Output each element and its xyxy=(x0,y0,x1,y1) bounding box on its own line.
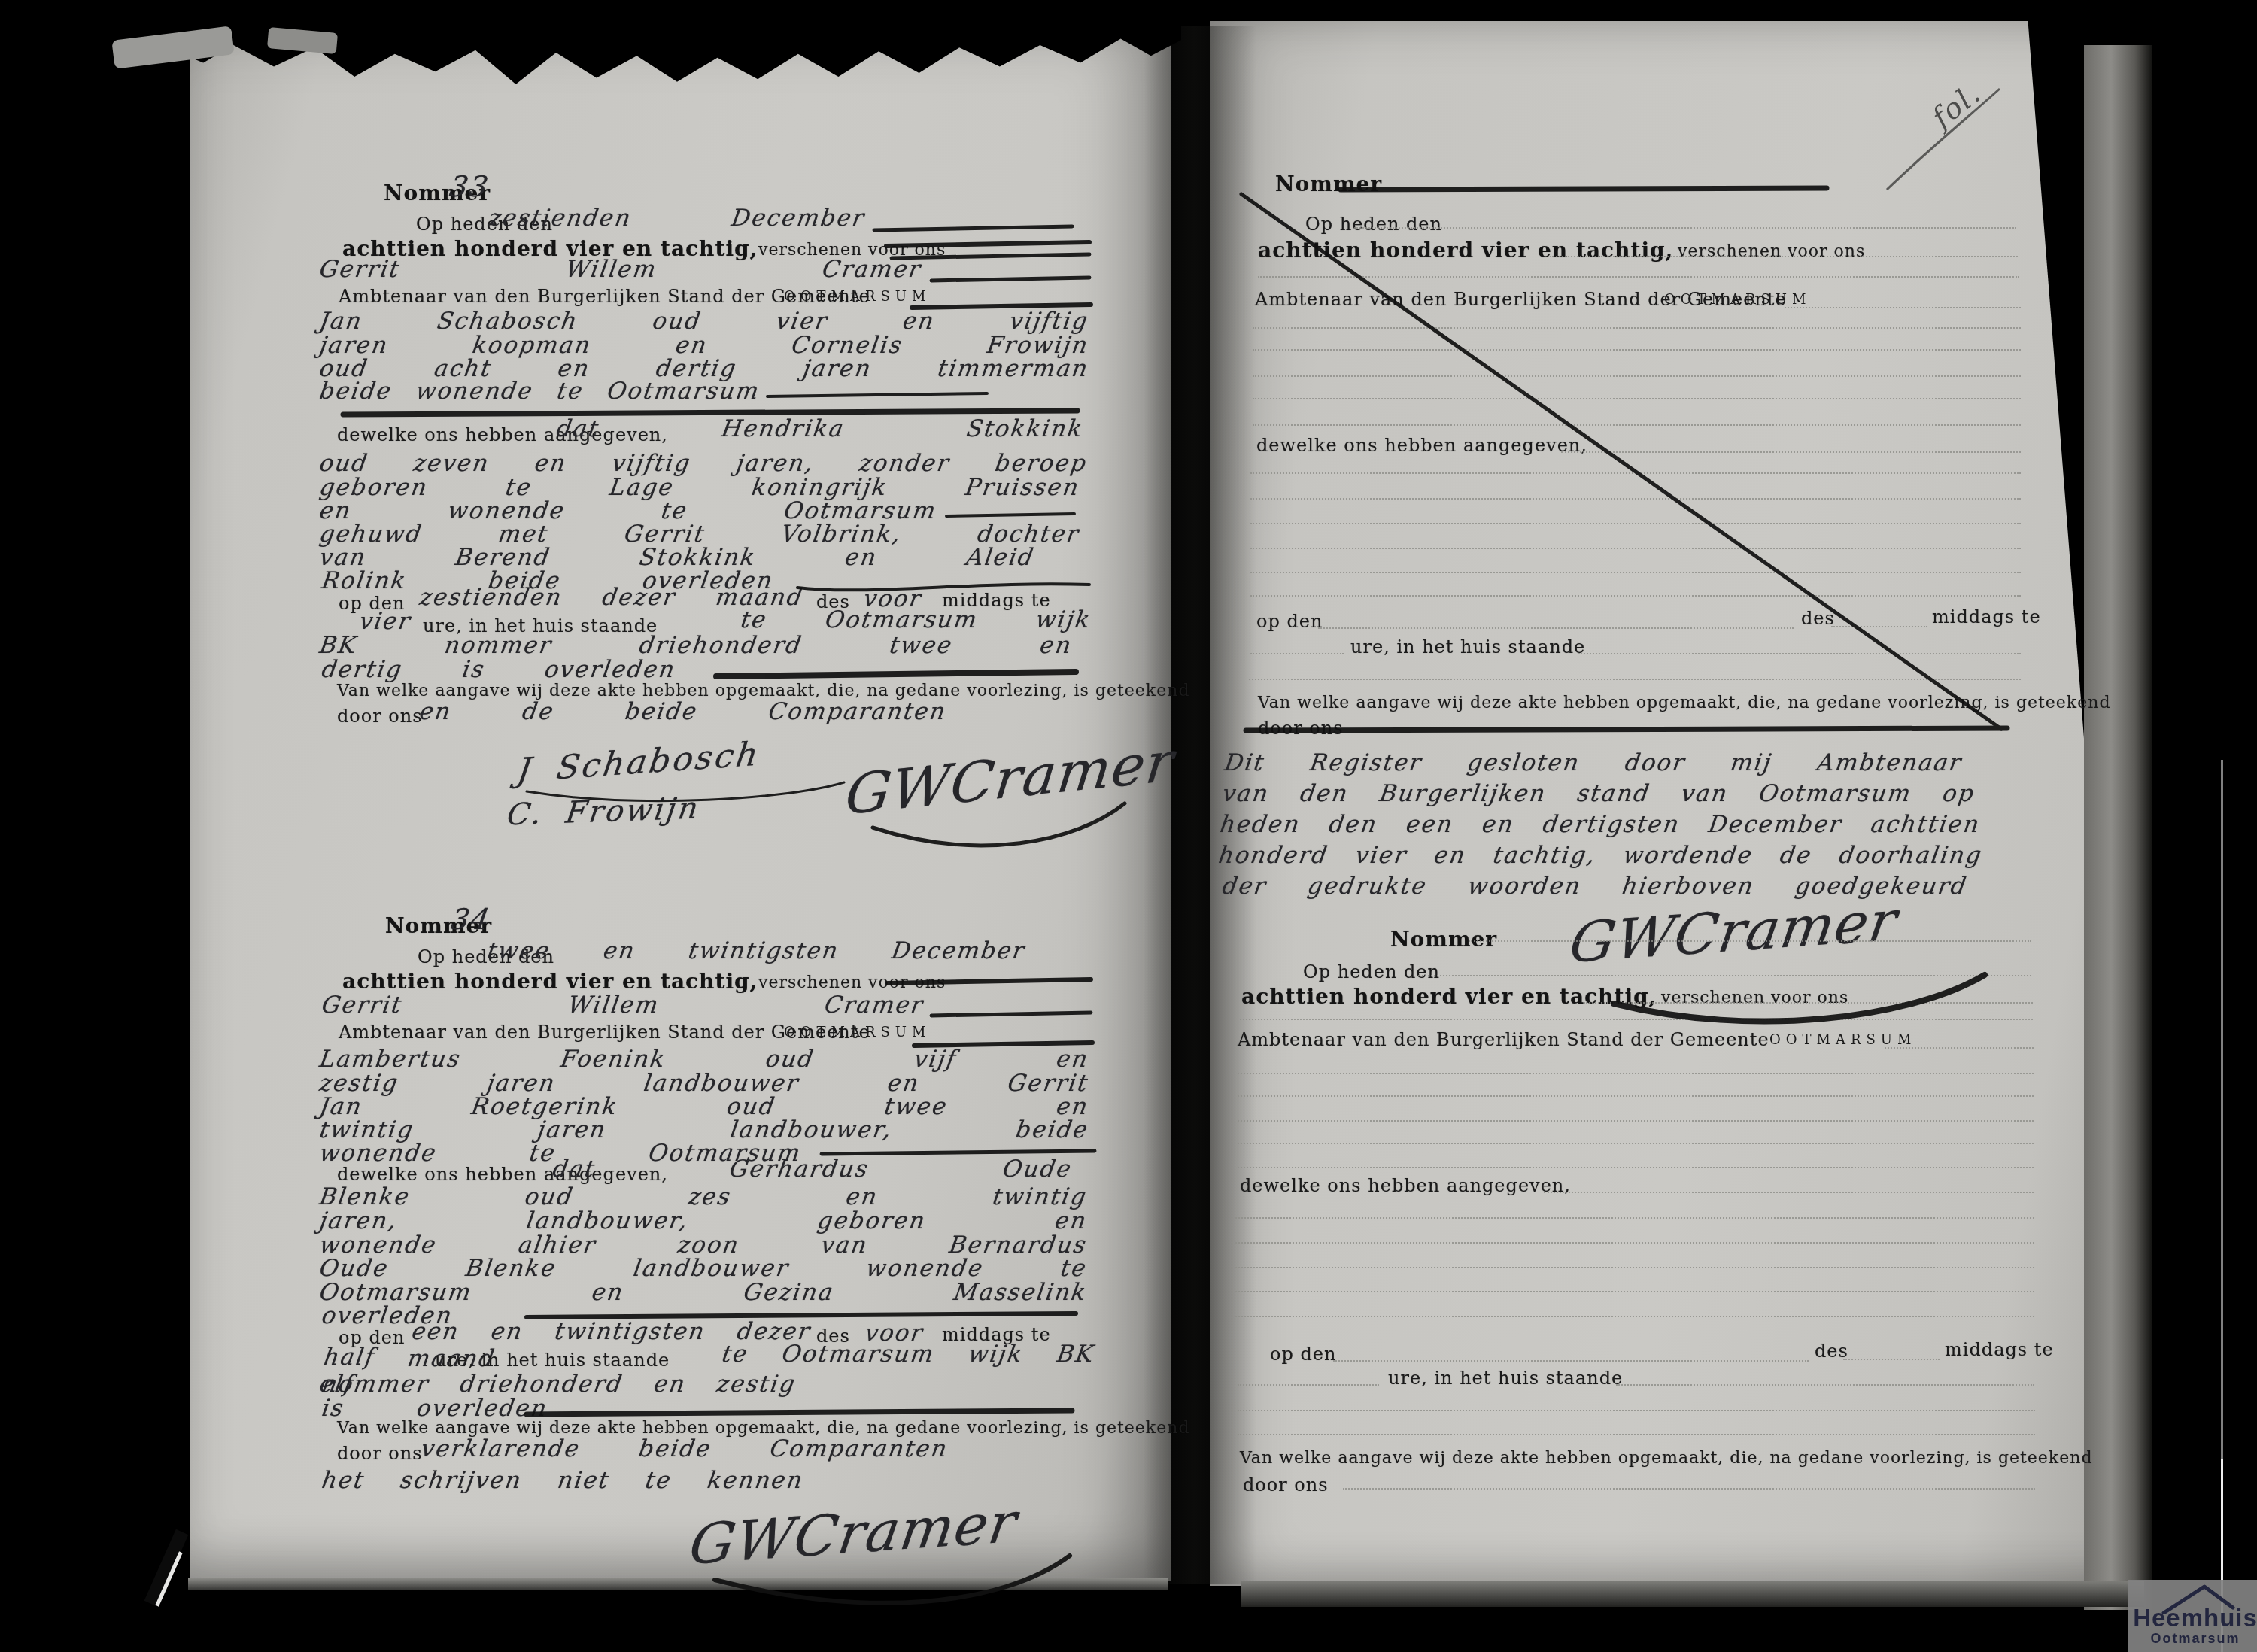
dotted-line xyxy=(1616,1384,2034,1386)
act33-declarant-line: Jan Schabosch oud vier en vijftig xyxy=(317,308,1091,335)
dotted-line xyxy=(1238,1410,2035,1411)
act34-door-ons-label: door ons xyxy=(337,1443,423,1464)
act34-deceased-line: jaren, landbouwer, geboren en xyxy=(317,1207,1089,1234)
act34-date: twee en twintigsten December xyxy=(485,937,1028,964)
act34-house-line: nommer driehonderd en zestig xyxy=(320,1371,798,1398)
page-edge-bottom-left xyxy=(188,1578,1168,1590)
page-edge-bottom-right xyxy=(1241,1581,2144,1607)
dotted-line xyxy=(1578,653,2021,654)
dotted-line xyxy=(1253,375,2021,377)
act33-signed-note: en de beide Comparanten xyxy=(418,698,949,725)
act34-deceased-line: Oude Blenke landbouwer wonende te xyxy=(317,1255,1089,1282)
act33-official: Gerrit Willem Cramer xyxy=(317,256,924,283)
act34-house-line: is overleden xyxy=(320,1395,550,1422)
form1-verschenen-label: verschenen voor ons xyxy=(1678,242,1865,261)
dotted-line xyxy=(1235,1316,2034,1317)
form1-op-den-label: op den xyxy=(1256,611,1323,632)
dotted-line xyxy=(1238,1120,2034,1122)
form2-op-den-label: op den xyxy=(1270,1344,1336,1365)
dotted-line xyxy=(1238,1095,2034,1097)
form2-verschenen-label: verschenen voor ons xyxy=(1661,988,1848,1007)
form2-van-welke-label: Van welke aangave wij deze akte hebben o… xyxy=(1240,1449,2092,1468)
act33-house-line: BK nommer driehonderd twee en xyxy=(317,632,1074,659)
dotted-line xyxy=(1250,472,2021,474)
closing-line: Dit Register gesloten door mij Ambtenaar xyxy=(1223,749,1964,776)
dotted-line xyxy=(1250,572,2021,573)
act34-gemeente: OOTMARSUM xyxy=(784,1025,931,1040)
form2-ure-label: ure, in het huis staande xyxy=(1388,1368,1623,1389)
form1-ure-label: ure, in het huis staande xyxy=(1350,636,1585,657)
dotted-line xyxy=(1235,1217,2034,1219)
dotted-line xyxy=(1418,975,2031,976)
act34-official: Gerrit Willem Cramer xyxy=(320,992,926,1019)
act33-hour: vier xyxy=(357,608,413,635)
dotted-line xyxy=(1831,626,1927,627)
form1-middags-label: middags te xyxy=(1932,606,2041,627)
dotted-line xyxy=(1584,1002,2033,1004)
act34-number: 34 xyxy=(449,903,494,936)
dotted-line xyxy=(1354,227,2016,229)
dotted-line xyxy=(1544,1192,2034,1193)
form1-op-heden-label: Op heden den xyxy=(1305,214,1442,235)
form2-op-heden-label: Op heden den xyxy=(1303,961,1440,982)
form2-gemeente: OOTMARSUM xyxy=(1769,1032,1916,1048)
form2-nommer-label: Nommer xyxy=(1390,927,1497,952)
dotted-line xyxy=(1238,1384,1379,1386)
form1-des-label: des xyxy=(1801,608,1835,629)
dotted-line xyxy=(1318,627,1794,629)
dotted-line xyxy=(1843,1359,1940,1360)
act34-deceased-line: Blenke oud zes en twintig xyxy=(317,1183,1089,1210)
dotted-line xyxy=(1238,1073,2034,1074)
act33-deceased-line: oud zeven en vijftig jaren, zonder beroe… xyxy=(317,450,1089,477)
form1-dewelke-label: dewelke ons hebben aangegeven, xyxy=(1256,435,1587,456)
dotted-line xyxy=(1235,1291,2034,1292)
form2-door-ons-label: door ons xyxy=(1243,1474,1329,1496)
act34-verschenen-label: verschenen voor ons xyxy=(758,973,946,992)
dotted-line xyxy=(1238,1143,2034,1144)
dotted-line xyxy=(1469,940,2031,942)
act33-house-line: te Ootmarsum wijk xyxy=(739,606,1093,633)
act34-house-line: te Ootmarsum wijk BK xyxy=(720,1341,1097,1368)
form1-gemeente: OOTMARSUM xyxy=(1664,292,1811,308)
dotted-line xyxy=(1333,1360,1809,1362)
act33-declarant-line: beide wonende te Ootmarsum xyxy=(317,378,762,405)
dotted-line xyxy=(1253,398,2021,399)
dotted-line xyxy=(1253,424,2021,426)
closing-line: heden den een en dertigsten December ach… xyxy=(1218,811,1982,838)
form2-ambtenaar-label: Ambtenaar van den Burgerlijken Stand der… xyxy=(1238,1029,1769,1050)
act33-signature-frowijn: C. Frowijn xyxy=(505,791,703,833)
act33-date: zestienden December xyxy=(487,205,867,232)
form2-dewelke-label: dewelke ons hebben aangegeven, xyxy=(1240,1175,1571,1196)
dotted-line xyxy=(1235,1242,2034,1244)
dotted-line xyxy=(1250,523,2021,524)
book-page-stack-left xyxy=(66,32,198,1583)
dotted-line xyxy=(1235,1267,2034,1268)
dotted-line xyxy=(1250,548,2021,549)
form1-achttien-label: achttien honderd vier en tachtig, xyxy=(1258,238,1673,263)
book-page-stack-right xyxy=(2084,45,2152,1610)
form2-achttien-label: achttien honderd vier en tachtig, xyxy=(1241,984,1657,1009)
dotted-line xyxy=(1258,276,2019,278)
act33-gemeente: OOTMARSUM xyxy=(784,289,931,305)
act33-deceased-intro: dat Hendrika Stokkink xyxy=(554,415,1086,442)
act34-achttien-label: achttien honderd vier en tachtig, xyxy=(342,969,758,994)
closing-line: honderd vier en tachtig, wordende de doo… xyxy=(1217,842,1985,869)
roof-icon xyxy=(2161,1583,2236,1614)
dotted-line xyxy=(1343,1488,2035,1490)
form2-middags-label: middags te xyxy=(1945,1339,2054,1360)
dotted-line xyxy=(1885,1047,2034,1049)
dotted-line xyxy=(1250,498,2021,500)
act34-declarant-line: Lambertus Foenink oud vijf en xyxy=(317,1046,1091,1073)
watermark-subtitle: Ootmarsum xyxy=(2150,1630,2240,1647)
dotted-line xyxy=(1250,595,2021,597)
form1-nommer-label: Nommer xyxy=(1275,172,1382,196)
dotted-line xyxy=(1561,451,2021,453)
dotted-line xyxy=(1249,679,2021,680)
act34-ure-label: ure, in het huis staande xyxy=(435,1350,670,1371)
register-scan: Nommer 33 Op heden den zestienden Decemb… xyxy=(0,0,2257,1652)
heemhuis-watermark: Heemhuis Ootmarsum xyxy=(2128,1580,2257,1652)
dotted-line xyxy=(1238,1434,2035,1435)
act33-door-ons-label: door ons xyxy=(337,706,423,727)
dotted-line xyxy=(1250,653,1344,654)
dotted-line xyxy=(1240,1019,2033,1020)
dotted-line xyxy=(1253,349,2021,351)
act34-deceased-intro: dat Gerhardus Oude xyxy=(551,1155,1074,1183)
act33-number: 33 xyxy=(448,170,492,203)
form1-van-welke-label: Van welke aangave wij deze akte hebben o… xyxy=(1258,694,2110,712)
form1-door-ons-label: door ons xyxy=(1258,718,1344,739)
dotted-line xyxy=(1253,327,2021,329)
closing-line: van den Burgerlijken stand van Ootmarsum… xyxy=(1220,780,1977,807)
dotted-line xyxy=(1238,1167,2034,1168)
act34-signed-note: verklarende beide Comparanten xyxy=(419,1435,950,1462)
act33-house-line: dertig is overleden xyxy=(320,656,678,683)
dotted-line xyxy=(1550,256,2018,257)
act34-signed-note2: het schrijven niet te kennen xyxy=(320,1467,806,1494)
dotted-line xyxy=(1785,307,2021,308)
